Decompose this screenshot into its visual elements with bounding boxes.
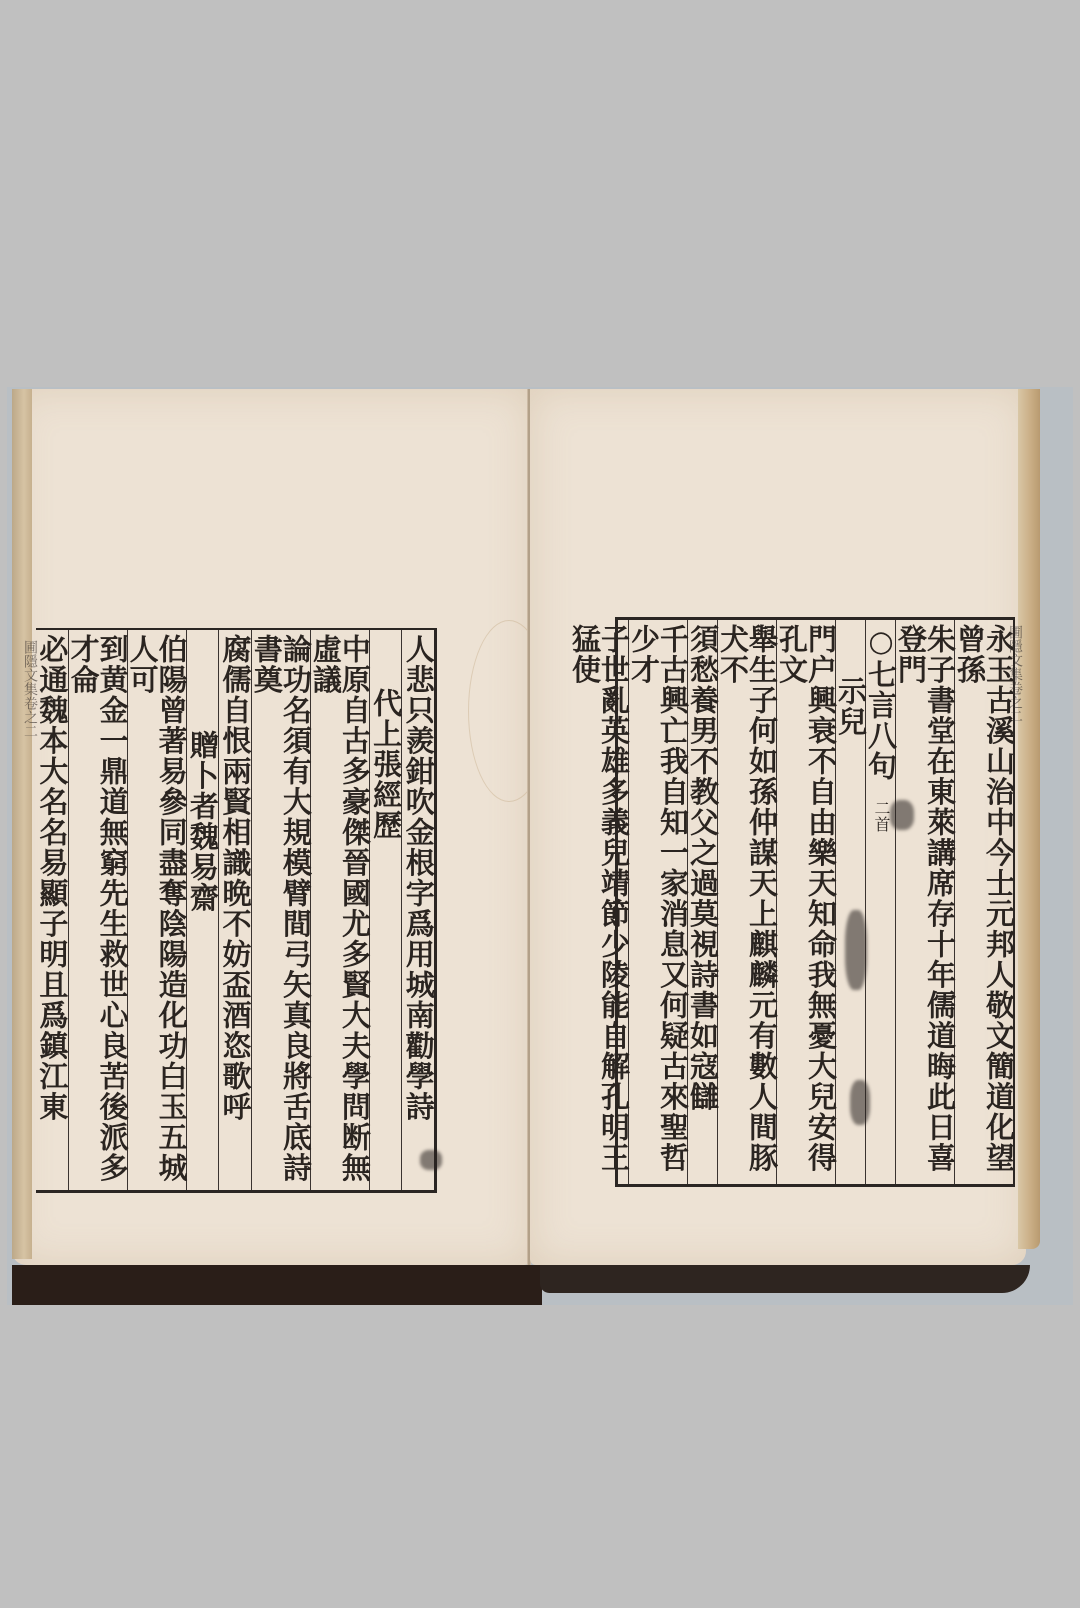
text-column: 人悲只羨鉗吹金根字爲用城南勸學詩 — [401, 630, 434, 1190]
text-column: 代上張經歷 — [369, 630, 402, 1190]
book-shadow-right — [540, 1265, 1030, 1293]
column-text: 到黄金一鼎道無窮先生救世心良苦後派多才侖 — [69, 630, 127, 1190]
text-column: 門户興衰不自由樂天知命我無憂大兒安得孔文 — [776, 620, 835, 1184]
column-text: 子世亂英雄多義兒靖節少陵能自解孔明王猛使 — [570, 620, 628, 1184]
ink-smudge — [845, 910, 867, 990]
text-column: 贈卜者魏易齋 — [186, 630, 219, 1190]
column-text: 朱子書堂在東萊講席存十年儒道晦此日喜登門 — [896, 620, 954, 1184]
column-text: 門户興衰不自由樂天知命我無憂大兒安得孔文 — [777, 620, 835, 1184]
left-page-edge — [12, 389, 32, 1259]
column-text: 中原自古多豪傑晉國尤多賢大夫學問断無虛議 — [311, 630, 369, 1190]
right-page-edge — [1018, 389, 1040, 1249]
ink-smudge — [850, 1080, 870, 1125]
text-column: 必通魏本大名名易顯子明且爲鎮江東 — [36, 630, 68, 1190]
column-text: 腐儒自恨兩賢相識晩不妨盃酒恣歌呼 — [221, 630, 250, 1190]
column-text: 伯陽曾著易參同盡奪陰陽造化功白玉五城人可 — [128, 630, 186, 1190]
column-text: 必通魏本大名名易顯子明且爲鎮江東 — [37, 630, 66, 1190]
left-text-block: 人悲只羨鉗吹金根字爲用城南勸學詩 代上張經歷 中原自古多豪傑晉國尤多賢大夫學問断… — [36, 628, 437, 1193]
column-text: 舉生子何如孫仲謀天上麒麟元有數人間豚犬不 — [718, 620, 776, 1184]
poem-title: 贈卜者魏易齋 — [188, 630, 217, 1190]
text-column: 朱子書堂在東萊講席存十年儒道晦此日喜登門 — [895, 620, 954, 1184]
poem-title: 代上張經歷 — [371, 630, 400, 1190]
text-column: 伯陽曾著易參同盡奪陰陽造化功白玉五城人可 — [127, 630, 186, 1190]
ink-smudge — [420, 1150, 442, 1170]
ink-smudge — [890, 800, 914, 830]
column-text: 論功名須有大規模臂間弓矢真良將舌底詩書奠 — [252, 630, 310, 1190]
text-column: 千古興亡我自知一家消息又何疑古來聖哲少才 — [628, 620, 687, 1184]
text-column: 舉生子何如孫仲謀天上麒麟元有數人間豚犬不 — [717, 620, 776, 1184]
text-column: 論功名須有大規模臂間弓矢真良將舌底詩書奠 — [251, 630, 310, 1190]
book-shadow-left — [12, 1265, 542, 1305]
section-heading: ○七言八句 — [866, 620, 895, 1184]
column-text: 千古興亡我自知一家消息又何疑古來聖哲少才 — [629, 620, 687, 1184]
text-column: 到黄金一鼎道無窮先生救世心良苦後派多才侖 — [68, 630, 127, 1190]
center-strip-label: 圃隱文集卷之二 — [20, 640, 40, 738]
text-column: 須愁養男不教父之過莫視詩書如寇讎 — [687, 620, 717, 1184]
text-column: 腐儒自恨兩賢相識晩不妨盃酒恣歌呼 — [218, 630, 251, 1190]
center-strip-label: 圃隱文集卷之二 — [1005, 625, 1025, 723]
right-text-block: 永玉古溪山治中今士元邦人敬文簡道化望曾孫 朱子書堂在東萊講席存十年儒道晦此日喜登… — [615, 617, 1015, 1187]
column-text: 人悲只羨鉗吹金根字爲用城南勸學詩 — [404, 630, 433, 1190]
column-text: 須愁養男不教父之過莫視詩書如寇讎 — [688, 620, 717, 1184]
text-column: 子世亂英雄多義兒靖節少陵能自解孔明王猛使 — [570, 620, 628, 1184]
text-column: 中原自古多豪傑晉國尤多賢大夫學問断無虛議 — [310, 630, 369, 1190]
